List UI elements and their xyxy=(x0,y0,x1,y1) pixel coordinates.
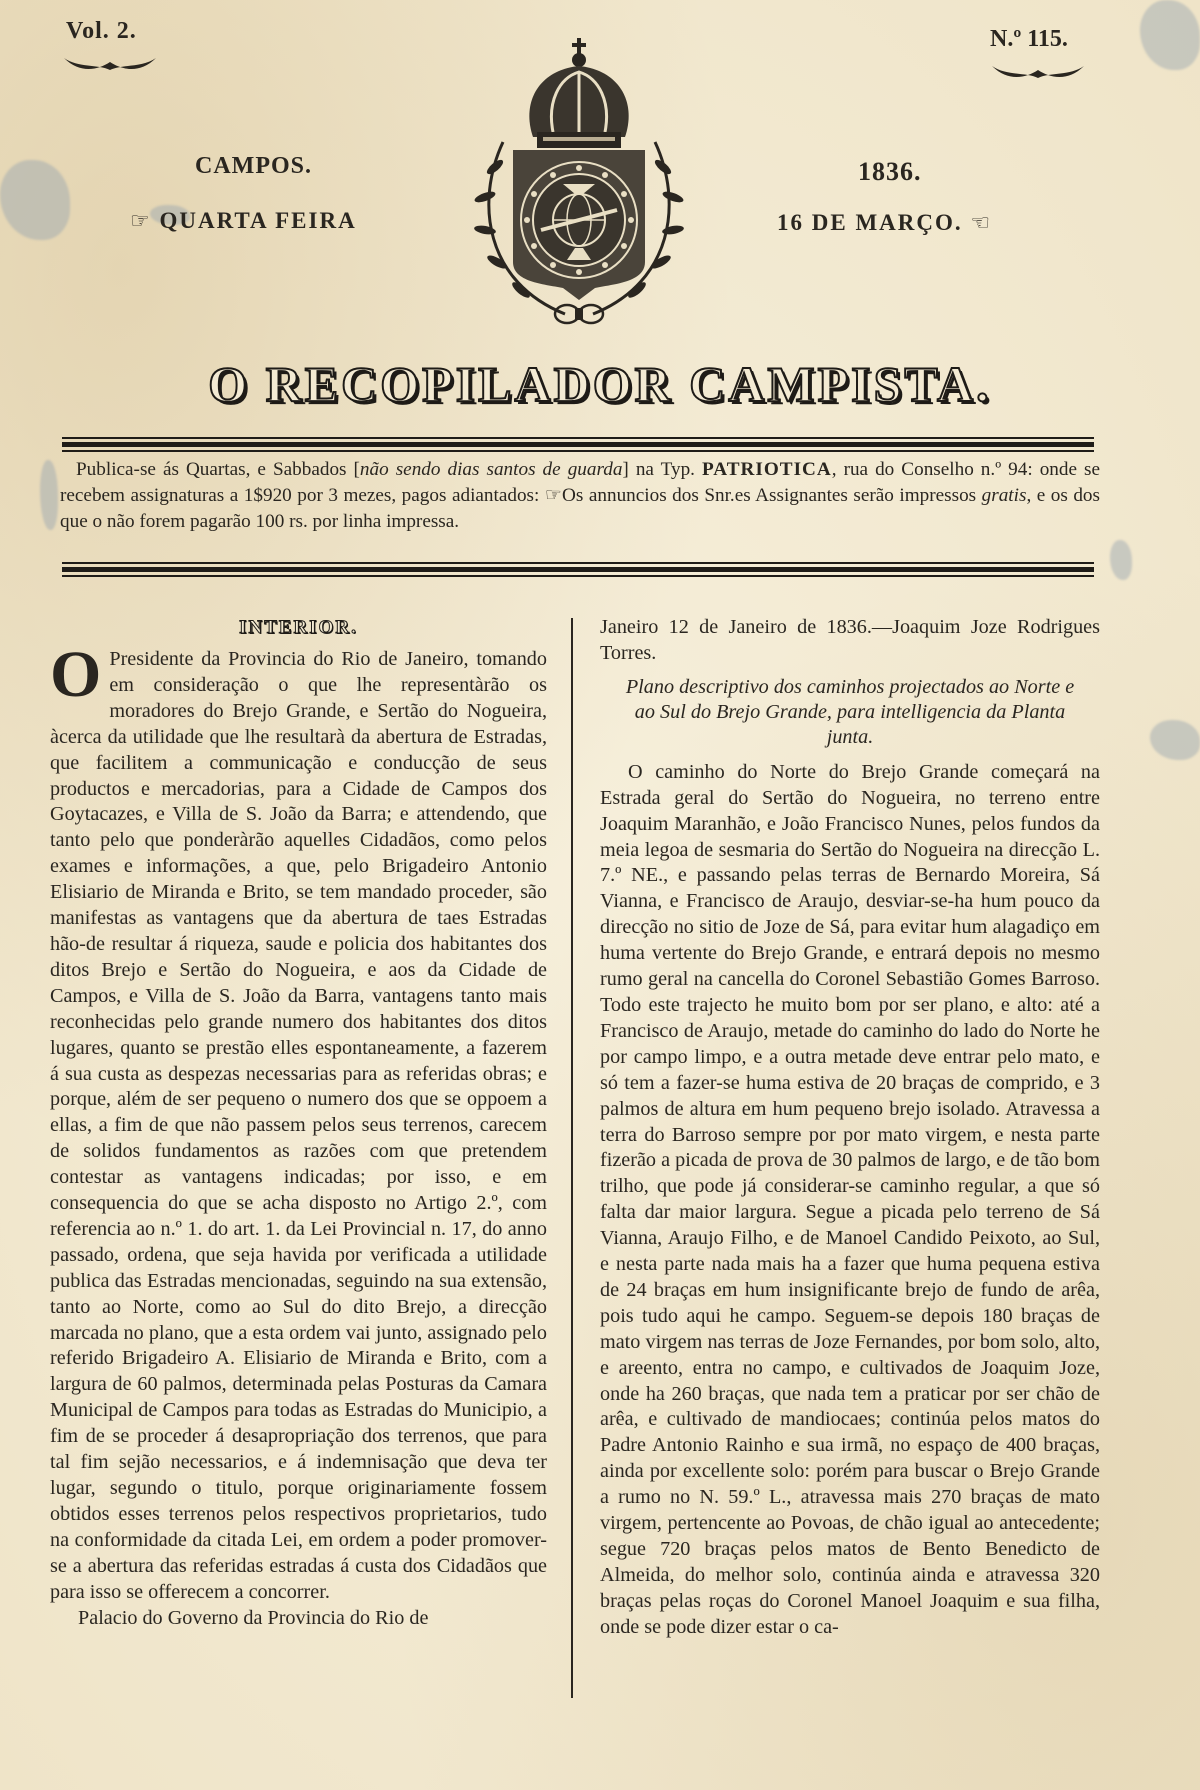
date-label: 16 DE MARÇO. ☜ xyxy=(777,210,992,236)
ornamental-swash-icon xyxy=(60,50,160,74)
bottom-rule xyxy=(62,562,1094,577)
decree-paragraph: OPresidente da Provincia do Rio de Janei… xyxy=(50,647,547,1606)
weekday-label: ☞ QUARTA FEIRA xyxy=(130,208,357,234)
place-label: CAMPOS. xyxy=(195,153,312,180)
water-stain xyxy=(1110,540,1132,580)
left-column: INTERIOR. OPresidente da Provincia do Ri… xyxy=(50,615,547,1631)
date-text: 16 DE MARÇO. xyxy=(777,210,963,235)
decree-closing: Palacio do Governo da Provincia do Rio d… xyxy=(50,1606,547,1632)
pointing-hand-icon: ☞ xyxy=(130,208,152,234)
imperial-coat-of-arms-icon xyxy=(455,32,705,332)
weekday-text: QUARTA FEIRA xyxy=(159,208,356,233)
press-name: PATRIOTICA xyxy=(702,459,832,480)
column-divider xyxy=(571,618,573,1698)
top-rule xyxy=(62,437,1094,452)
ornamental-swash-icon xyxy=(988,58,1088,82)
volume-label: Vol. 2. xyxy=(66,18,137,45)
plan-paragraph: O caminho do Norte do Brejo Grande começ… xyxy=(600,760,1100,1641)
right-column: Janeiro 12 de Janeiro de 1836.—Joaquim J… xyxy=(600,615,1100,1641)
publication-notice: Publica-se ás Quartas, e Sabbados [não s… xyxy=(60,457,1100,535)
water-stain xyxy=(40,460,58,530)
drop-cap: O xyxy=(50,649,101,701)
year-label: 1836. xyxy=(858,157,922,187)
pointing-hand-icon: ☞ xyxy=(545,485,562,506)
section-heading: INTERIOR. xyxy=(50,615,547,641)
pointing-hand-icon: ☜ xyxy=(970,210,992,236)
plan-title: Plano descriptivo dos caminhos projectad… xyxy=(614,675,1086,750)
issue-number: N.º 115. xyxy=(990,26,1068,53)
newspaper-title: O RECOPILADOR CAMPISTA. xyxy=(0,355,1200,413)
decree-signature: Janeiro 12 de Janeiro de 1836.—Joaquim J… xyxy=(600,615,1100,667)
